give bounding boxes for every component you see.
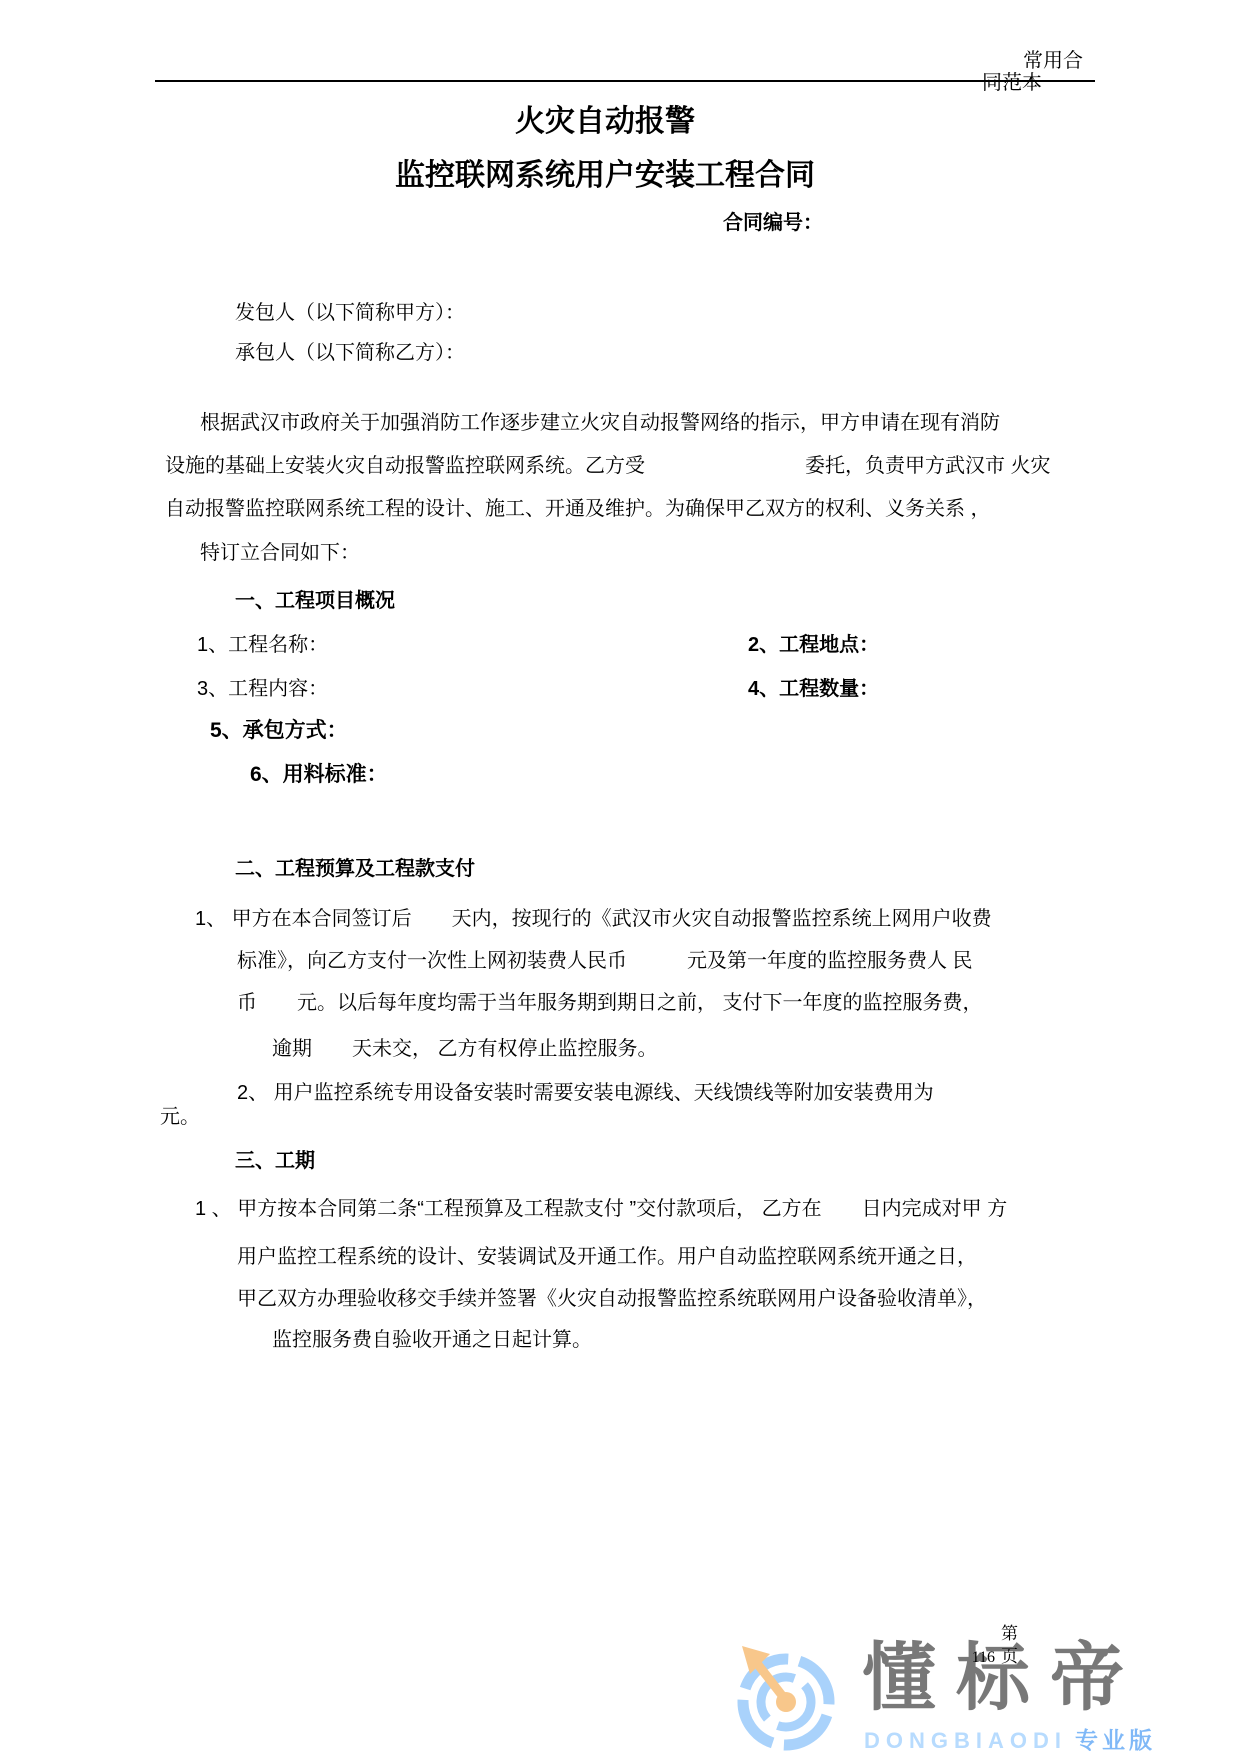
doc-title-line1: 火灾自动报警 <box>155 96 1055 140</box>
project-item-3: 3、工程内容： <box>197 676 328 702</box>
section3-clause1-line-2: 用户监控工程系统的设计、安装调试及开通工作。用户自动监控联网系统开通之日， <box>237 1244 977 1270</box>
section2-clause1-line-4: 逾期 天未交， 乙方有权停止监控服务。 <box>272 1036 658 1062</box>
section3-clause1-line-4: 监控服务费自验收开通之日起计算。 <box>272 1327 592 1353</box>
party-a-line: 发包人（以下简称甲方）： <box>235 300 465 326</box>
intro-line-2: 设施的基础上安装火灾自动报警监控联网系统。乙方受 委托，负责甲方武汉市 火灾 <box>165 453 1051 479</box>
section2-clause2-line-1: 2、 用户监控系统专用设备安装时需要安装电源线、天线馈线等附加安装费用为 <box>237 1080 934 1106</box>
header-rule <box>155 80 1095 82</box>
project-item-2: 2、工程地点： <box>748 632 879 658</box>
intro-line-1: 根据武汉市政府关于加强消防工作逐步建立火灾自动报警网络的指示，甲方申请在现有消防 <box>200 410 1000 436</box>
page-suffix-text: 页 <box>1001 1647 1018 1666</box>
section2-clause1-line-2: 标准》，向乙方支付一次性上网初装费人民币 元及第一年度的监控服务费人 民 <box>237 948 973 974</box>
project-item-6: 6、用料标准： <box>250 762 388 788</box>
document-page: 常用合 同范本 火灾自动报警 监控联网系统用户安装工程合同 合同编号： 发包人（… <box>0 0 1241 1754</box>
project-item-4: 4、工程数量： <box>748 676 879 702</box>
section3-clause1-line-1: 1 、 甲方按本合同第二条“工程预算及工程款支付 ”交付款项后， 乙方在 日内完… <box>195 1196 1007 1222</box>
watermark-target-icon <box>734 1642 836 1754</box>
section3-heading: 三、工期 <box>235 1148 315 1174</box>
page-prefix-text: 第 <box>1001 1624 1018 1643</box>
page-number-value: 116页 <box>930 1645 1018 1669</box>
header-note-line2: 同范本 <box>982 70 1042 96</box>
intro-line-4: 特订立合同如下： <box>200 540 360 566</box>
watermark-brand-latin: DONGBIAODI <box>864 1728 1067 1753</box>
watermark-edition: 专业版 <box>1075 1727 1156 1753</box>
section2-clause2-line-2: 元。 <box>160 1104 200 1130</box>
section3-clause1-line-3: 甲乙双方办理验收移交手续并签署《火灾自动报警监控系统联网用户设备验收清单》， <box>237 1286 987 1312</box>
section2-clause1-line-1: 1、 甲方在本合同签订后 天内，按现行的《武汉市火灾自动报警监控系统上网用户收费 <box>195 906 992 932</box>
section2-clause1-line-3: 币 元。以后每年度均需于当年服务期到期日之前， 支付下一年度的监控服务费， <box>237 990 983 1016</box>
project-item-5: 5、承包方式： <box>210 718 348 744</box>
page-number-digits: 116 <box>972 1649 995 1666</box>
intro-line-3: 自动报警监控联网系统工程的设计、施工、开通及维护。为确保甲乙双方的权利、义务关系… <box>165 496 991 522</box>
section1-heading: 一、工程项目概况 <box>235 588 395 614</box>
party-b-line: 承包人（以下简称乙方）： <box>235 340 465 366</box>
page-number-prefix: 第 <box>930 1622 1018 1645</box>
section2-heading: 二、工程预算及工程款支付 <box>235 856 475 882</box>
contract-number-label: 合同编号： <box>723 210 823 236</box>
project-item-1: 1、工程名称： <box>197 632 328 658</box>
doc-title-line2: 监控联网系统用户安装工程合同 <box>155 150 1055 194</box>
watermark-brand-latin-row: DONGBIAODI专业版 <box>864 1722 1156 1754</box>
page-number: 第 116页 <box>930 1622 1018 1669</box>
